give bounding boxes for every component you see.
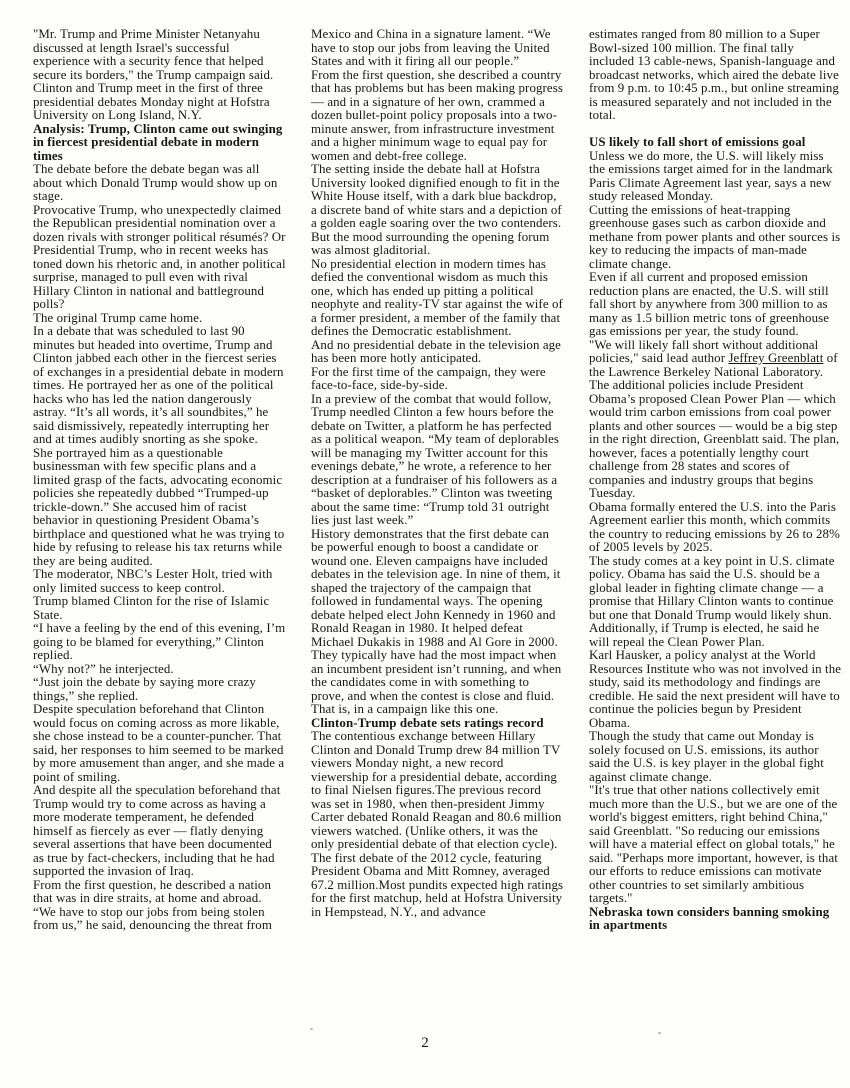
article-paragraph: The debate before the debate began was a… (33, 163, 286, 204)
article-paragraph: The moderator, NBC’s Lester Holt, tried … (33, 568, 286, 595)
column-3: estimates ranged from 80 million to a Su… (589, 28, 842, 933)
article-paragraph: The setting inside the debate hall at Ho… (311, 163, 564, 258)
article-paragraph: "We will likely fall short without addit… (589, 339, 842, 380)
column-2: Mexico and China in a signature lament. … (311, 28, 564, 933)
article-paragraph: Obama formally entered the U.S. into the… (589, 501, 842, 555)
article-paragraph: Additionally, if Trump is elected, he sa… (589, 622, 842, 649)
article-paragraph: No presidential election in modern times… (311, 258, 564, 339)
article-paragraph: “I have a feeling by the end of this eve… (33, 622, 286, 663)
article-paragraph: Provocative Trump, who unexpectedly clai… (33, 204, 286, 312)
article-paragraph: Even if all current and proposed emissio… (589, 271, 842, 339)
article-paragraph: “Just join the debate by saying more cra… (33, 676, 286, 703)
article-paragraph: “We have to stop our jobs from being sto… (33, 906, 286, 933)
scan-speck (658, 1032, 661, 1034)
scanned-document-page: "Mr. Trump and Prime Minister Netanyahu … (0, 0, 850, 1088)
article-paragraph: And no presidential debate in the televi… (311, 339, 564, 366)
article-paragraph: The original Trump came home. (33, 312, 286, 326)
article-paragraph: She portrayed him as a questionable busi… (33, 447, 286, 569)
article-paragraph: Trump blamed Clinton for the rise of Isl… (33, 595, 286, 622)
article-paragraph: “Why not?” he interjected. (33, 663, 286, 677)
article-heading: US likely to fall short of emissions goa… (589, 136, 842, 150)
article-paragraph: In a preview of the combat that would fo… (311, 393, 564, 528)
article-paragraph: The contentious exchange between Hillary… (311, 730, 564, 919)
article-paragraph: History demonstrates that the first deba… (311, 528, 564, 650)
article-paragraph: Mexico and China in a signature lament. … (311, 28, 564, 69)
article-paragraph: "Mr. Trump and Prime Minister Netanyahu … (33, 28, 286, 82)
article-paragraph: The study comes at a key point in U.S. c… (589, 555, 842, 623)
article-paragraph: Though the study that came out Monday is… (589, 730, 842, 784)
article-paragraph: In a debate that was scheduled to last 9… (33, 325, 286, 447)
article-paragraph: Cutting the emissions of heat-trapping g… (589, 204, 842, 272)
article-paragraph: estimates ranged from 80 million to a Su… (589, 28, 842, 123)
article-paragraph: From the first question, he described a … (33, 879, 286, 906)
article-paragraph: "It's true that other nations collective… (589, 784, 842, 906)
article-columns: "Mr. Trump and Prime Minister Netanyahu … (33, 28, 842, 933)
article-paragraph: The additional policies include Presiden… (589, 379, 842, 501)
underlined-name: Jeffrey Greenblatt (728, 351, 823, 365)
column-1: "Mr. Trump and Prime Minister Netanyahu … (33, 28, 286, 933)
article-heading: Nebraska town considers banning smoking … (589, 906, 842, 933)
article-paragraph: Unless we do more, the U.S. will likely … (589, 150, 842, 204)
scan-speck (310, 1028, 313, 1030)
article-heading: Analysis: Trump, Clinton came out swingi… (33, 123, 286, 164)
article-paragraph: From the first question, she described a… (311, 69, 564, 164)
article-paragraph: And despite all the speculation beforeha… (33, 784, 286, 879)
article-paragraph: Karl Hausker, a policy analyst at the Wo… (589, 649, 842, 730)
article-paragraph: Clinton and Trump meet in the first of t… (33, 82, 286, 123)
article-heading: Clinton-Trump debate sets ratings record (311, 717, 564, 731)
article-paragraph: They typically have had the most impact … (311, 649, 564, 717)
article-paragraph: Despite speculation beforehand that Clin… (33, 703, 286, 784)
page-number: 2 (0, 1035, 850, 1052)
article-paragraph: For the first time of the campaign, they… (311, 366, 564, 393)
